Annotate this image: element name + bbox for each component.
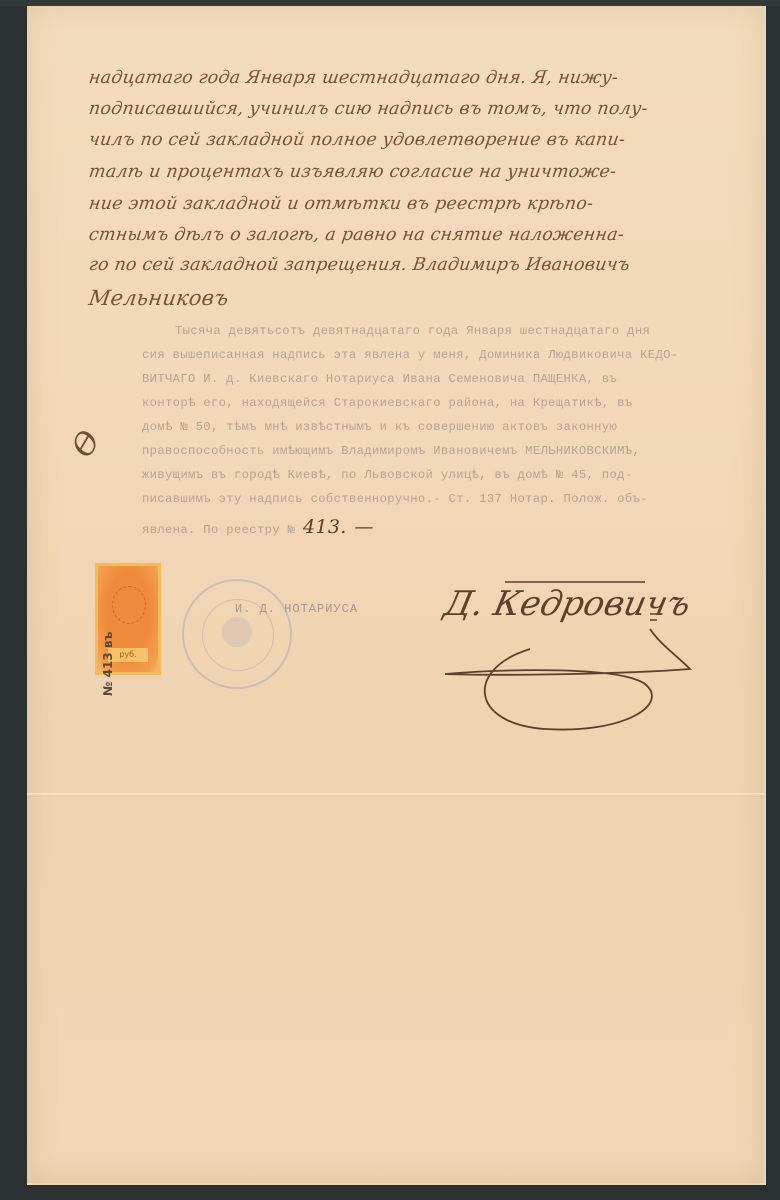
register-dash: — bbox=[354, 516, 373, 538]
stamp-emblem-icon bbox=[112, 586, 146, 624]
typed-line-7: живущимъ въ городѣ Киевѣ, по Львовской у… bbox=[142, 468, 632, 482]
typed-line-8: писавшимъ эту надпись собственноручно.- … bbox=[142, 492, 648, 506]
document-page: надцатаго года Января шестнадцатаго дня.… bbox=[27, 6, 766, 1185]
typed-line-5: домѣ № 50, тѣмъ мнѣ извѣстнымъ и къ сове… bbox=[142, 420, 617, 434]
register-label: явлена. По реестру № bbox=[142, 523, 295, 537]
seal-emblem bbox=[222, 617, 252, 647]
notary-signature: Д. Кедровичъ bbox=[445, 574, 705, 744]
typed-line-1: Тысяча девятьсотъ девятнадцатаго года Ян… bbox=[175, 324, 650, 338]
handwritten-line-5: ние этой закладной и отмѣтки въ реестрѣ … bbox=[88, 194, 595, 214]
paper-fold-line bbox=[27, 793, 764, 797]
handwritten-line-6: стнымъ дѣлъ о залогѣ, а равно на снятие … bbox=[88, 225, 626, 245]
handwritten-line-7: го по сей закладной запрещения. Владимир… bbox=[88, 255, 631, 275]
typed-line-2: сия вышеписанная надпись эта явлена у ме… bbox=[142, 348, 678, 362]
register-number: 413. bbox=[303, 516, 347, 538]
notary-caption: И. Д. НОТАРИУСА bbox=[235, 602, 358, 616]
handwritten-line-4: талѣ и процентахъ изъявляю согласие на у… bbox=[88, 162, 618, 182]
typed-line-4: конторѣ его, находящейся Старокиевскаго … bbox=[142, 396, 632, 410]
handwritten-line-1: надцатаго года Января шестнадцатаго дня.… bbox=[88, 68, 620, 88]
stamp-cancellation-text: № 413 въ bbox=[101, 632, 115, 696]
handwritten-signatory-surname: Мельниковъ bbox=[87, 286, 230, 310]
typed-line-9: явлена. По реестру № 413. — bbox=[142, 516, 374, 538]
margin-handwritten-initial: Ѳ bbox=[65, 425, 108, 464]
typed-line-3: ВИТЧАГО И. д. Киевскаго Нотариуса Ивана … bbox=[142, 372, 617, 386]
typed-line-6: правоспособность имѣющимъ Владимиромъ Ив… bbox=[142, 444, 640, 458]
signature-flourish-icon bbox=[445, 574, 705, 744]
handwritten-line-3: чилъ по сей закладной полное удовлетворе… bbox=[88, 130, 627, 150]
handwritten-line-2: подписавшийся, учинилъ сию надпись въ то… bbox=[88, 99, 649, 119]
notary-seal-icon bbox=[182, 579, 292, 689]
